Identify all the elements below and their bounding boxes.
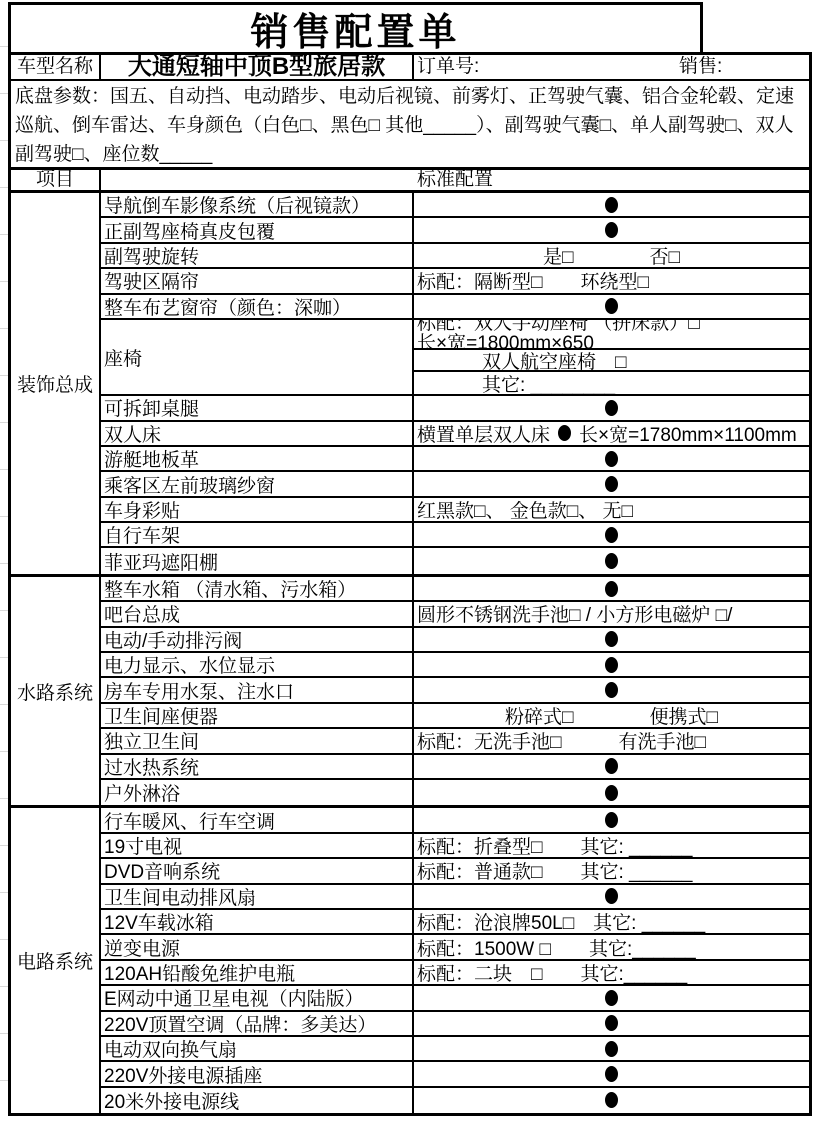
item-label: 整车布艺窗帘（颜色：深咖） bbox=[101, 295, 414, 318]
config-cell bbox=[414, 447, 809, 470]
chassis-params-row: 底盘参数：国五、自动挡、电动踏步、电动后视镜、前雾灯、正驾驶气囊、铝合金轮毂、定… bbox=[11, 81, 809, 170]
item-label: 电力显示、水位显示 bbox=[101, 653, 414, 676]
table-row: 行车暖风、行车空调 bbox=[101, 808, 809, 833]
table-row: 逆变电源标配：1500W □ 其它:______ bbox=[101, 935, 809, 960]
item-label: 菲亚玛遮阳棚 bbox=[101, 548, 414, 573]
config-cell bbox=[414, 808, 809, 831]
config-cell[interactable]: 标配：普通款□ 其它: ______ bbox=[414, 859, 809, 882]
standard-dot-icon bbox=[605, 1015, 618, 1031]
item-label: 自行车架 bbox=[101, 523, 414, 546]
config-cell bbox=[414, 577, 809, 600]
table-row: 电动双向换气扇 bbox=[101, 1037, 809, 1062]
item-label: 整车水箱 （清水箱、污水箱） bbox=[101, 577, 414, 600]
col-header-item: 项目 bbox=[11, 170, 101, 190]
standard-dot-icon bbox=[605, 581, 618, 597]
item-label: 正副驾座椅真皮包覆 bbox=[101, 218, 414, 241]
sales-label: 销售: bbox=[679, 55, 722, 79]
config-cell[interactable]: 标配：1500W □ 其它:______ bbox=[414, 935, 809, 958]
table-row: 电力显示、水位显示 bbox=[101, 653, 809, 678]
config-cell[interactable]: 圆形不锈钢洗手池□ / 小方形电磁炉 □/ bbox=[414, 602, 809, 625]
standard-dot-icon bbox=[605, 553, 618, 569]
item-label: 行车暖风、行车空调 bbox=[101, 808, 414, 831]
config-cell[interactable]: 标配：折叠型□ 其它: ______ bbox=[414, 834, 809, 857]
table-row: 卫生间座便器粉碎式□ 便携式□ bbox=[101, 704, 809, 729]
order-and-sales-cell[interactable]: 订单号: 销售: bbox=[414, 55, 809, 79]
table-row: 户外淋浴 bbox=[101, 780, 809, 805]
table-body: 装饰总成导航倒车影像系统（后视镜款）正副驾座椅真皮包覆副驾驶旋转是□ 否□驾驶区… bbox=[11, 193, 809, 1113]
table-row: 导航倒车影像系统（后视镜款） bbox=[101, 193, 809, 218]
item-label: 电动双向换气扇 bbox=[101, 1037, 414, 1060]
table-row: 房车专用水泵、注水口 bbox=[101, 678, 809, 703]
config-cell bbox=[414, 218, 809, 241]
table-row: 菲亚玛遮阳棚 bbox=[101, 548, 809, 573]
table-row: 双人床横置单层双人床长×宽=1780mm×1100mm bbox=[101, 422, 809, 447]
seat-option-row[interactable]: 其它: ________ bbox=[414, 372, 809, 394]
config-table: 车型名称 大通短轴中顶B型旅居款 订单号: 销售: 底盘参数：国五、自动挡、电动… bbox=[8, 52, 812, 1116]
item-label: 220V顶置空调（品牌：多美达） bbox=[101, 1012, 414, 1035]
item-label: 卫生间电动排风扇 bbox=[101, 885, 414, 908]
standard-dot-icon bbox=[558, 425, 571, 441]
order-number-label: 订单号: bbox=[417, 57, 479, 78]
item-label: 游艇地板革 bbox=[101, 447, 414, 470]
standard-dot-icon bbox=[605, 476, 618, 492]
item-label: 房车专用水泵、注水口 bbox=[101, 678, 414, 701]
table-header-row: 项目 标准配置 bbox=[11, 170, 809, 193]
item-label: 双人床 bbox=[101, 422, 414, 445]
page-title: 销售配置单 bbox=[8, 2, 703, 52]
table-row: 乘客区左前玻璃纱窗 bbox=[101, 472, 809, 497]
standard-dot-icon bbox=[605, 222, 618, 238]
config-cell[interactable]: 标配：隔断型□ 环绕型□ bbox=[414, 269, 809, 292]
config-cell bbox=[414, 755, 809, 778]
document: 销售配置单 车型名称 大通短轴中顶B型旅居款 订单号: 销售: 底盘参数：国五、… bbox=[8, 2, 812, 1116]
config-cell bbox=[414, 1088, 809, 1113]
config-cell[interactable]: 标配：沧浪牌50L□ 其它: ______ bbox=[414, 910, 809, 933]
table-row: 220V顶置空调（品牌：多美达） bbox=[101, 1012, 809, 1037]
item-label: 独立卫生间 bbox=[101, 729, 414, 752]
table-row: 独立卫生间标配：无洗手池□ 有洗手池□ bbox=[101, 729, 809, 754]
standard-dot-icon bbox=[605, 1092, 618, 1108]
item-label: 驾驶区隔帘 bbox=[101, 269, 414, 292]
item-label: 电动/手动排污阀 bbox=[101, 628, 414, 651]
config-cell bbox=[414, 780, 809, 805]
item-label: 吧台总成 bbox=[101, 602, 414, 625]
table-row: 正副驾座椅真皮包覆 bbox=[101, 218, 809, 243]
item-label: 户外淋浴 bbox=[101, 780, 414, 805]
table-row: 12V车载冰箱标配：沧浪牌50L□ 其它: ______ bbox=[101, 910, 809, 935]
config-cell bbox=[414, 548, 809, 573]
seat-options: 标配：双人手动座椅 （拼床款）□长×宽=1800mm×650双人航空座椅 □其它… bbox=[414, 320, 809, 394]
item-label: 120AH铅酸免维护电瓶 bbox=[101, 961, 414, 984]
item-label: 车身彩贴 bbox=[101, 498, 414, 521]
standard-dot-icon bbox=[605, 657, 618, 673]
table-row: 可拆卸桌腿 bbox=[101, 396, 809, 421]
section-label: 装饰总成 bbox=[11, 193, 101, 574]
table-row: 整车布艺窗帘（颜色：深咖） bbox=[101, 295, 809, 320]
sales-config-sheet: 销售配置单 车型名称 大通短轴中顶B型旅居款 订单号: 销售: 底盘参数：国五、… bbox=[0, 0, 830, 1124]
item-label: 可拆卸桌腿 bbox=[101, 396, 414, 419]
config-cell bbox=[414, 1037, 809, 1060]
table-row: 车身彩贴红黑款□、 金色款□、 无□ bbox=[101, 498, 809, 523]
config-cell bbox=[414, 628, 809, 651]
item-label: DVD音响系统 bbox=[101, 859, 414, 882]
table-row: 吧台总成圆形不锈钢洗手池□ / 小方形电磁炉 □/ bbox=[101, 602, 809, 627]
standard-dot-icon bbox=[605, 1041, 618, 1057]
config-cell bbox=[414, 653, 809, 676]
standard-dot-icon bbox=[605, 451, 618, 467]
config-cell: 横置单层双人床长×宽=1780mm×1100mm bbox=[414, 422, 809, 445]
section-rows: 导航倒车影像系统（后视镜款）正副驾座椅真皮包覆副驾驶旋转是□ 否□驾驶区隔帘标配… bbox=[101, 193, 809, 574]
chassis-params-text[interactable]: 底盘参数：国五、自动挡、电动踏步、电动后视镜、前雾灯、正驾驶气囊、铝合金轮毂、定… bbox=[11, 81, 809, 167]
model-name-value: 大通短轴中顶B型旅居款 bbox=[101, 55, 414, 79]
seat-option-row[interactable]: 双人航空座椅 □ bbox=[414, 350, 809, 372]
item-label: 乘客区左前玻璃纱窗 bbox=[101, 472, 414, 495]
standard-dot-icon bbox=[605, 631, 618, 647]
item-label: 过水热系统 bbox=[101, 755, 414, 778]
section-2: 水路系统整车水箱 （清水箱、污水箱）吧台总成圆形不锈钢洗手池□ / 小方形电磁炉… bbox=[11, 577, 809, 809]
col-header-config: 标准配置 bbox=[101, 170, 809, 190]
item-label: 导航倒车影像系统（后视镜款） bbox=[101, 193, 414, 216]
section-3: 电路系统行车暖风、行车空调19寸电视标配：折叠型□ 其它: ______DVD音… bbox=[11, 808, 809, 1113]
standard-dot-icon bbox=[605, 298, 618, 314]
item-label: 20米外接电源线 bbox=[101, 1088, 414, 1113]
table-row: 自行车架 bbox=[101, 523, 809, 548]
config-cell bbox=[414, 1062, 809, 1085]
config-cell[interactable]: 标配：二块 □ 其它:______ bbox=[414, 961, 809, 984]
table-row: E网动中通卫星电视（内陆版） bbox=[101, 986, 809, 1011]
standard-dot-icon bbox=[605, 197, 618, 213]
table-row: 整车水箱 （清水箱、污水箱） bbox=[101, 577, 809, 602]
config-cell bbox=[414, 678, 809, 701]
section-rows: 行车暖风、行车空调19寸电视标配：折叠型□ 其它: ______DVD音响系统标… bbox=[101, 808, 809, 1113]
section-1: 装饰总成导航倒车影像系统（后视镜款）正副驾座椅真皮包覆副驾驶旋转是□ 否□驾驶区… bbox=[11, 193, 809, 577]
config-cell[interactable]: 是□ 否□ bbox=[414, 244, 809, 267]
item-label: 19寸电视 bbox=[101, 834, 414, 857]
table-row: 20米外接电源线 bbox=[101, 1088, 809, 1113]
model-row: 车型名称 大通短轴中顶B型旅居款 订单号: 销售: bbox=[11, 55, 809, 81]
item-label: 逆变电源 bbox=[101, 935, 414, 958]
config-cell bbox=[414, 885, 809, 908]
item-label: E网动中通卫星电视（内陆版） bbox=[101, 986, 414, 1009]
table-row: 120AH铅酸免维护电瓶标配：二块 □ 其它:______ bbox=[101, 961, 809, 986]
item-label: 卫生间座便器 bbox=[101, 704, 414, 727]
table-row: DVD音响系统标配：普通款□ 其它: ______ bbox=[101, 859, 809, 884]
table-row: 游艇地板革 bbox=[101, 447, 809, 472]
standard-dot-icon bbox=[605, 812, 618, 828]
item-label: 座椅 bbox=[101, 320, 414, 394]
table-row: 220V外接电源插座 bbox=[101, 1062, 809, 1087]
sheet-margin-gridlines bbox=[0, 0, 8, 1124]
section-rows: 整车水箱 （清水箱、污水箱）吧台总成圆形不锈钢洗手池□ / 小方形电磁炉 □/电… bbox=[101, 577, 809, 806]
section-label: 水路系统 bbox=[11, 577, 101, 806]
standard-dot-icon bbox=[605, 527, 618, 543]
config-cell bbox=[414, 396, 809, 419]
standard-dot-icon bbox=[605, 682, 618, 698]
table-row: 电动/手动排污阀 bbox=[101, 628, 809, 653]
config-cell bbox=[414, 295, 809, 318]
table-row: 过水热系统 bbox=[101, 755, 809, 780]
standard-dot-icon bbox=[605, 1066, 618, 1082]
item-label: 220V外接电源插座 bbox=[101, 1062, 414, 1085]
config-cell bbox=[414, 523, 809, 546]
config-cell[interactable]: 粉碎式□ 便携式□ bbox=[414, 704, 809, 727]
table-row: 驾驶区隔帘标配：隔断型□ 环绕型□ bbox=[101, 269, 809, 294]
table-row: 卫生间电动排风扇 bbox=[101, 885, 809, 910]
config-cell bbox=[414, 986, 809, 1009]
standard-dot-icon bbox=[605, 758, 618, 774]
config-cell bbox=[414, 1012, 809, 1035]
item-label: 副驾驶旋转 bbox=[101, 244, 414, 267]
model-name-label: 车型名称 bbox=[11, 55, 101, 79]
table-row: 副驾驶旋转是□ 否□ bbox=[101, 244, 809, 269]
standard-dot-icon bbox=[605, 400, 618, 416]
standard-dot-icon bbox=[605, 888, 618, 904]
item-label: 12V车载冰箱 bbox=[101, 910, 414, 933]
seat-option-row[interactable]: 标配：双人手动座椅 （拼床款）□长×宽=1800mm×650 bbox=[414, 320, 809, 350]
table-row: 19寸电视标配：折叠型□ 其它: ______ bbox=[101, 834, 809, 859]
config-cell[interactable]: 标配：无洗手池□ 有洗手池□ bbox=[414, 729, 809, 752]
section-label: 电路系统 bbox=[11, 808, 101, 1113]
config-cell[interactable]: 红黑款□、 金色款□、 无□ bbox=[414, 498, 809, 521]
table-row: 座椅标配：双人手动座椅 （拼床款）□长×宽=1800mm×650双人航空座椅 □… bbox=[101, 320, 809, 396]
standard-dot-icon bbox=[605, 785, 618, 801]
standard-dot-icon bbox=[605, 990, 618, 1006]
config-cell bbox=[414, 472, 809, 495]
config-cell bbox=[414, 193, 809, 216]
